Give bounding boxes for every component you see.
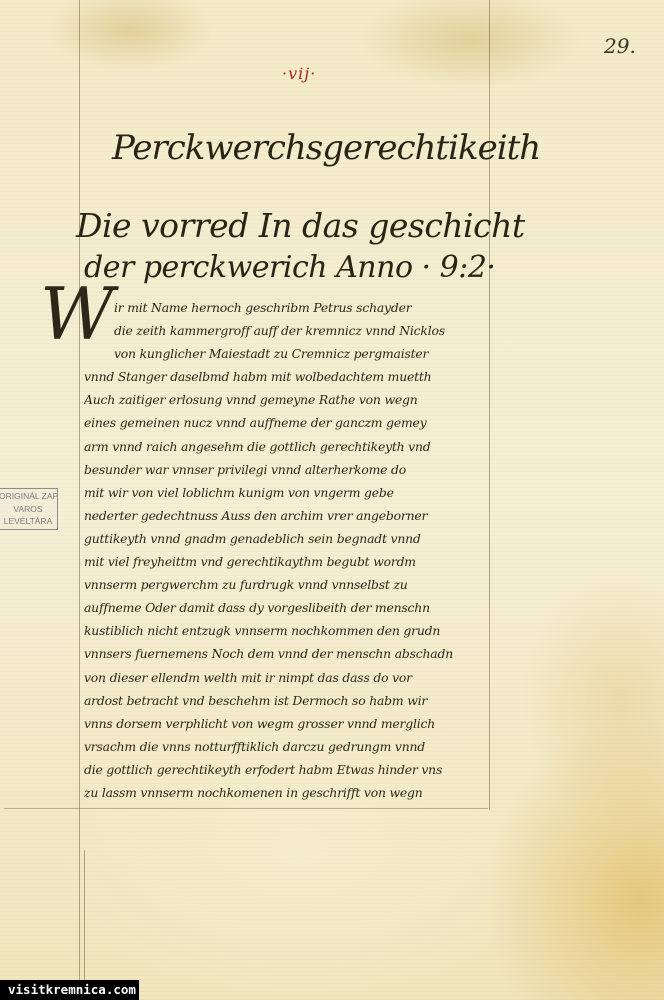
- title-line-2: Die vorred In das geschicht: [76, 206, 525, 245]
- stamp-line: VAROS: [0, 503, 57, 516]
- text-line: Auch zaitiger erlosung vnnd gemeyne Rath…: [84, 388, 504, 411]
- text-line: kustiblich nicht entzugk vnnserm nochkom…: [84, 619, 504, 642]
- left-margin-rule: [79, 0, 80, 1000]
- text-line: besunder war vnnser privilegi vnnd alter…: [84, 458, 504, 481]
- text-line: ardost betracht vnd beschehm ist Dermoch…: [84, 689, 504, 712]
- text-line: vrsachm die vnns notturfftiklich darczu …: [84, 735, 504, 758]
- text-line: vnnsers fuernemens Noch dem vnnd der men…: [84, 642, 504, 665]
- text-line: vnnd Stanger daselbmd habm mit wolbedach…: [84, 365, 504, 388]
- text-line: ir mit Name hernoch geschribm Petrus sch…: [84, 296, 504, 319]
- text-line: die zeith kammergroff auff der kremnicz …: [84, 319, 504, 342]
- folio-number: 29.: [604, 34, 636, 58]
- bottom-text-rule: [4, 808, 488, 809]
- inner-left-rule: [84, 850, 85, 990]
- text-line: vnnserm pergwerchm zu furdrugk vnnd vnns…: [84, 573, 504, 596]
- manuscript-page: 29. ·vij· Perckwerchsgerechtikeith Die v…: [0, 0, 664, 1000]
- stamp-line: ORIGINÁL ZAPISU: [0, 490, 57, 503]
- site-watermark: visitkremnica.com: [0, 980, 139, 1000]
- text-line: zu lassm vnnserm nochkomenen in geschrif…: [84, 781, 504, 804]
- text-line: von kunglicher Maiestadt zu Cremnicz per…: [84, 342, 504, 365]
- stamp-line: LEVÉLTÁRA: [0, 515, 57, 528]
- text-line: arm vnnd raich angesehm die gottlich ger…: [84, 435, 504, 458]
- text-line: mit viel freyheittm vnd gerechtikaythm b…: [84, 550, 504, 573]
- text-line: eines gemeinen nucz vnnd auffneme der ga…: [84, 411, 504, 434]
- title-line-1: Perckwerchsgerechtikeith: [112, 128, 540, 168]
- text-line: von dieser ellendm welth mit ir nimpt da…: [84, 666, 504, 689]
- manuscript-body: ir mit Name hernoch geschribm Petrus sch…: [84, 296, 504, 804]
- archive-stamp: ORIGINÁL ZAPISU VAROS LEVÉLTÁRA: [0, 488, 58, 530]
- text-line: mit wir von viel loblichm kunigm von vng…: [84, 481, 504, 504]
- text-line: vnns dorsem verphlicht von wegm grosser …: [84, 712, 504, 735]
- text-line: guttikeyth vnnd gnadm genadeblich sein b…: [84, 527, 504, 550]
- text-line: nederter gedechtnuss Auss den archim vre…: [84, 504, 504, 527]
- title-line-3: der perckwerich Anno · 9:2·: [84, 250, 495, 285]
- chapter-marker: ·vij·: [282, 64, 316, 83]
- text-line: auffneme Oder damit dass dy vorgeslibeit…: [84, 596, 504, 619]
- text-line: die gottlich gerechtikeyth erfodert habm…: [84, 758, 504, 781]
